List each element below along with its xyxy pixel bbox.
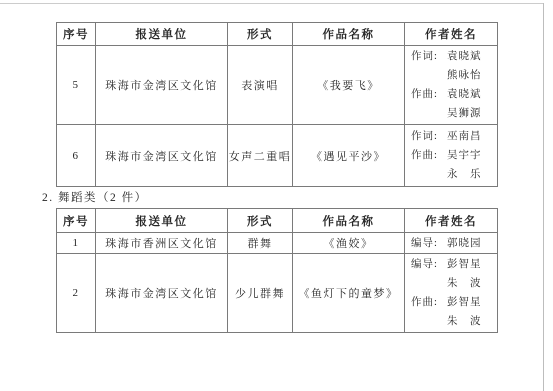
cell-no: 2 [57, 254, 96, 333]
author-name: 巫南昌 [447, 127, 482, 146]
cell-unit: 珠海市金湾区文化馆 [96, 125, 228, 187]
author-name: 熊咏怡 [447, 66, 482, 85]
cell-no: 6 [57, 125, 96, 187]
author-line: 编导:郭晓园 [411, 234, 497, 253]
author-name: 彭智星 [447, 255, 482, 274]
cell-no: 1 [57, 233, 96, 254]
author-role-label: 作曲: [411, 293, 447, 312]
author-role-label: 编导: [411, 234, 447, 253]
header-title: 作品名称 [293, 23, 405, 46]
cell-title: 《我要飞》 [293, 46, 405, 125]
author-role-label [411, 274, 447, 293]
author-line: 作词:巫南昌 [411, 127, 497, 146]
author-role-label [411, 312, 447, 331]
author-name: 袁晓斌 [447, 85, 482, 104]
cell-form: 表演唱 [228, 46, 293, 125]
page-edge-right [543, 3, 544, 391]
author-name: 永 乐 [447, 165, 482, 184]
cell-form: 群舞 [228, 233, 293, 254]
cell-authors: 编导:彭智星 朱 波 作曲:彭智星 朱 波 [405, 254, 498, 333]
table-header-row: 序号 报送单位 形式 作品名称 作者姓名 [57, 209, 498, 233]
table-row: 1 珠海市香洲区文化馆 群舞 《渔姣》 编导:郭晓园 [57, 233, 498, 254]
header-title: 作品名称 [293, 209, 405, 233]
author-name: 袁晓斌 [447, 47, 482, 66]
page-edge-top [0, 3, 544, 4]
author-line: 朱 波 [411, 274, 497, 293]
author-role-label: 作词: [411, 47, 447, 66]
author-line: 编导:彭智星 [411, 255, 497, 274]
submission-table-music: 序号 报送单位 形式 作品名称 作者姓名 5 珠海市金湾区文化馆 表演唱 《我要… [56, 22, 498, 187]
cell-unit: 珠海市金湾区文化馆 [96, 46, 228, 125]
table-header-row: 序号 报送单位 形式 作品名称 作者姓名 [57, 23, 498, 46]
author-role-label [411, 66, 447, 85]
author-line: 作曲:彭智星 [411, 293, 497, 312]
cell-authors: 编导:郭晓园 [405, 233, 498, 254]
submission-table-dance: 序号 报送单位 形式 作品名称 作者姓名 1 珠海市香洲区文化馆 群舞 《渔姣》… [56, 208, 498, 333]
table-row: 2 珠海市金湾区文化馆 少儿群舞 《鱼灯下的童梦》 编导:彭智星 朱 波 作曲:… [57, 254, 498, 333]
cell-form: 少儿群舞 [228, 254, 293, 333]
author-name: 郭晓园 [447, 234, 482, 253]
author-role-label: 作曲: [411, 146, 447, 165]
cell-no: 5 [57, 46, 96, 125]
header-form: 形式 [228, 23, 293, 46]
author-line: 作词:袁晓斌 [411, 47, 497, 66]
header-unit: 报送单位 [96, 209, 228, 233]
author-line: 作曲:吴宇宇 [411, 146, 497, 165]
author-name: 彭智星 [447, 293, 482, 312]
author-line: 熊咏怡 [411, 66, 497, 85]
header-author: 作者姓名 [405, 209, 498, 233]
author-role-label: 作曲: [411, 85, 447, 104]
author-role-label [411, 165, 447, 184]
cell-title: 《遇见平沙》 [293, 125, 405, 187]
author-name: 朱 波 [447, 274, 482, 293]
author-name: 吴狮源 [447, 104, 482, 123]
table-row: 5 珠海市金湾区文化馆 表演唱 《我要飞》 作词:袁晓斌 熊咏怡 作曲:袁晓斌 … [57, 46, 498, 125]
cell-form: 女声二重唱 [228, 125, 293, 187]
cell-authors: 作词:袁晓斌 熊咏怡 作曲:袁晓斌 吴狮源 [405, 46, 498, 125]
cell-unit: 珠海市金湾区文化馆 [96, 254, 228, 333]
author-line: 朱 波 [411, 312, 497, 331]
author-name: 朱 波 [447, 312, 482, 331]
cell-authors: 作词:巫南昌 作曲:吴宇宇 永 乐 [405, 125, 498, 187]
author-role-label: 编导: [411, 255, 447, 274]
section-heading-dance: 2. 舞蹈类（2 件） [42, 189, 148, 205]
author-role-label: 作词: [411, 127, 447, 146]
author-name: 吴宇宇 [447, 146, 482, 165]
cell-title: 《渔姣》 [293, 233, 405, 254]
header-unit: 报送单位 [96, 23, 228, 46]
cell-unit: 珠海市香洲区文化馆 [96, 233, 228, 254]
table-row: 6 珠海市金湾区文化馆 女声二重唱 《遇见平沙》 作词:巫南昌 作曲:吴宇宇 永… [57, 125, 498, 187]
header-no: 序号 [57, 23, 96, 46]
document-page: 序号 报送单位 形式 作品名称 作者姓名 5 珠海市金湾区文化馆 表演唱 《我要… [0, 0, 553, 391]
cell-title: 《鱼灯下的童梦》 [293, 254, 405, 333]
header-author: 作者姓名 [405, 23, 498, 46]
header-form: 形式 [228, 209, 293, 233]
header-no: 序号 [57, 209, 96, 233]
author-line: 作曲:袁晓斌 [411, 85, 497, 104]
author-role-label [411, 104, 447, 123]
author-line: 永 乐 [411, 165, 497, 184]
author-line: 吴狮源 [411, 104, 497, 123]
